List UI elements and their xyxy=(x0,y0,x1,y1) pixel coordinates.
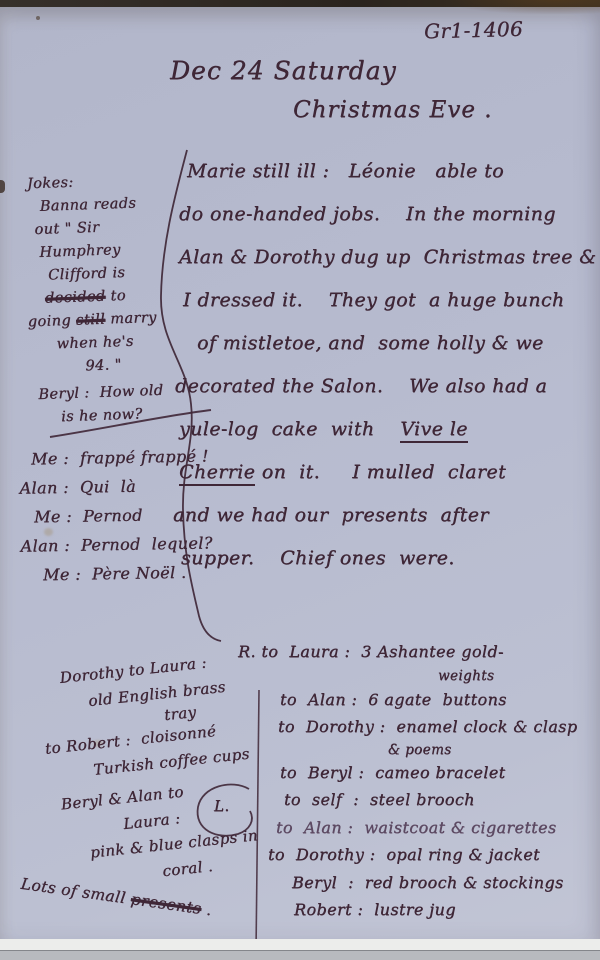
manuscript-scan: Gr1-1406 Dec 24 Saturday Christmas Eve .… xyxy=(0,0,600,960)
handwritten-line: going still marry xyxy=(27,307,161,335)
margin-note-family-gifts: Dorothy to Laura :old English brasstrayt… xyxy=(19,647,262,897)
handwritten-line: of mistletoe, and some holly & we xyxy=(197,322,591,365)
handwritten-line: R. to Laura : 3 Ashantee gold- xyxy=(238,638,577,666)
paper-speck xyxy=(36,16,40,20)
margin-note-jokes: Jokes:Banna readsout " SirHumphreyCliffo… xyxy=(23,169,165,430)
scan-bottom-grey-edge xyxy=(0,950,600,960)
handwritten-line: Marie still ill : Léonie able to xyxy=(187,150,591,193)
handwritten-line: and we had our presents after xyxy=(173,494,591,537)
handwritten-line: weights xyxy=(438,666,577,686)
handwritten-line: to self : steel brooch xyxy=(284,786,577,814)
paper-speck xyxy=(0,180,5,193)
handwritten-line: I dressed it. They got a huge bunch xyxy=(183,279,591,322)
handwritten-line: Alan & Dorothy dug up Christmas tree & xyxy=(179,236,591,279)
scan-bottom-white-edge xyxy=(0,939,600,950)
entry-subtitle: Christmas Eve . xyxy=(293,97,492,123)
handwritten-line: is he now? xyxy=(61,403,165,430)
catalog-number: Gr1-1406 xyxy=(424,17,524,44)
entry-date: Dec 24 Saturday xyxy=(170,56,397,85)
handwritten-line: Beryl : red brooch & stockings xyxy=(292,869,577,897)
handwritten-line: to Dorothy : opal ring & jacket xyxy=(268,841,577,869)
handwritten-line: to Alan : 6 agate buttons xyxy=(280,686,577,714)
handwritten-line: to Alan : waistcoat & cigarettes xyxy=(276,814,577,842)
handwritten-line: Robert : lustre jug xyxy=(294,896,577,924)
circled-annotation: L. xyxy=(214,797,230,815)
handwritten-line: Cherrie on it. I mulled claret xyxy=(179,451,591,494)
paper-stain xyxy=(450,0,600,14)
diary-main-text: Marie still ill : Léonie able todo one-h… xyxy=(179,150,591,580)
handwritten-line: to Beryl : cameo bracelet xyxy=(280,759,577,787)
handwritten-line: & poems xyxy=(388,741,577,759)
handwritten-line: do one-handed jobs. In the morning xyxy=(179,193,591,236)
handwritten-line: 94. " xyxy=(85,353,163,379)
handwritten-line: to Dorothy : enamel clock & clasp xyxy=(278,713,577,741)
handwritten-line: Beryl : How old xyxy=(38,380,164,407)
handwritten-line: supper. Chief ones were. xyxy=(181,537,591,580)
handwritten-line: decorated the Salon. We also had a xyxy=(175,365,591,408)
gift-list-from-r: R. to Laura : 3 Ashantee gold-weightsto … xyxy=(262,638,577,924)
handwritten-line: yule-log cake with Vive le xyxy=(179,408,591,451)
